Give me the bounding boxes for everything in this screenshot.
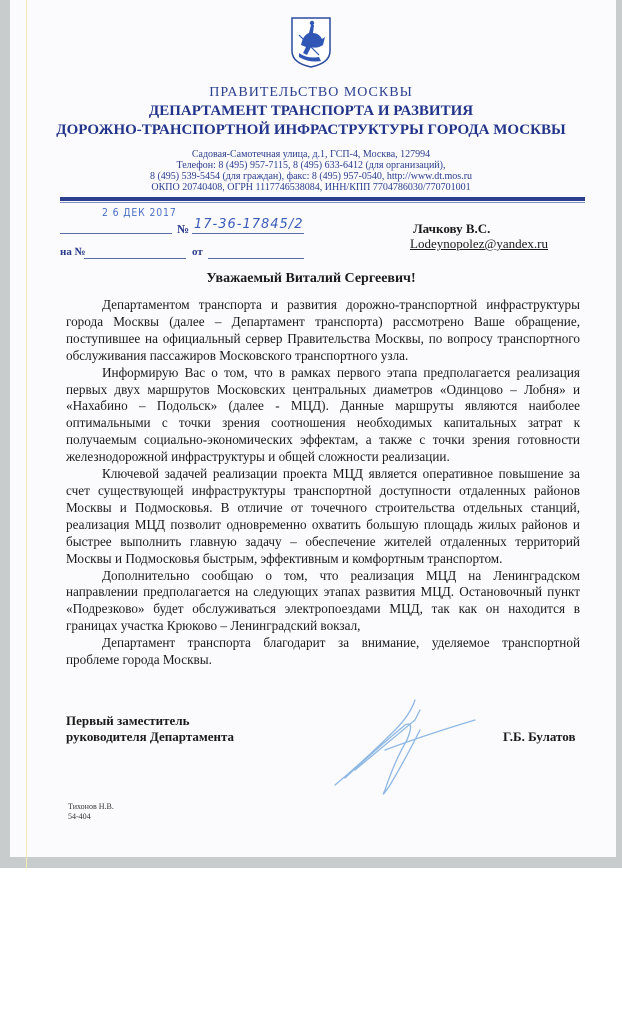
reply-to-number-line: [84, 258, 186, 259]
executor-phone: 54-404: [68, 812, 114, 822]
phone-line: Телефон: 8 (495) 957-7115, 8 (495) 633-6…: [0, 160, 622, 171]
signatory-name: Г.Б. Булатов: [503, 729, 575, 745]
paragraph-5: Департамент транспорта благодарит за вни…: [66, 635, 580, 669]
reply-to-date-label: от: [192, 246, 203, 258]
outgoing-number-handwritten: 17-36-17845/2: [194, 217, 303, 232]
reply-to-number-label: на №: [60, 246, 86, 258]
phone-fax-website-line: 8 (495) 539-5454 (для граждан), факс: 8 …: [0, 171, 622, 182]
signatory-title-line-1: Первый заместитель: [66, 713, 234, 729]
outgoing-number-line: [192, 233, 304, 234]
executor-block: Тихонов Н.В. 54-404: [68, 802, 114, 822]
reply-to-date-line: [208, 258, 304, 259]
recipient-block: Лачкову В.С. Lodeynopolez@yandex.ru: [410, 221, 548, 251]
letter-body: Департаментом транспорта и развития доро…: [66, 297, 580, 669]
header-divider: [60, 197, 585, 201]
paragraph-2: Информирую Вас о том, что в рамках перво…: [66, 365, 580, 466]
recipient-email: Lodeynopolez@yandex.ru: [410, 236, 548, 251]
paragraph-1: Департаментом транспорта и развития доро…: [66, 297, 580, 365]
department-line-2: ДОРОЖНО-ТРАНСПОРТНОЙ ИНФРАСТРУКТУРЫ ГОРО…: [0, 121, 622, 140]
paragraph-4: Дополнительно сообщаю о том, что реализа…: [66, 568, 580, 636]
address-line: Садовая-Самотечная улица, д.1, ГСП-4, Мо…: [0, 149, 622, 160]
recipient-name: Лачкову В.С.: [410, 221, 548, 236]
department-name: ДЕПАРТАМЕНТ ТРАНСПОРТА И РАЗВИТИЯ ДОРОЖН…: [0, 102, 622, 140]
moscow-coat-of-arms-icon: [289, 15, 333, 69]
department-line-1: ДЕПАРТАМЕНТ ТРАНСПОРТА И РАЗВИТИЯ: [0, 102, 622, 121]
signatory-title-line-2: руководителя Департамента: [66, 729, 234, 745]
paragraph-3: Ключевой задачей реализации проекта МЦД …: [66, 466, 580, 567]
contact-block: Садовая-Самотечная улица, д.1, ГСП-4, Мо…: [0, 149, 622, 193]
outgoing-date-line: [60, 233, 172, 234]
header-divider-thin: [60, 202, 585, 203]
registration-codes-line: ОКПО 20740408, ОГРН 1117746538084, ИНН/К…: [0, 182, 622, 193]
handwritten-signature-icon: [325, 690, 485, 800]
executor-name: Тихонов Н.В.: [68, 802, 114, 812]
outgoing-number-label: №: [177, 222, 189, 237]
date-stamp: 2 6 ДЕК 2017: [102, 206, 177, 219]
government-name: ПРАВИТЕЛЬСТВО МОСКВЫ: [0, 85, 622, 101]
greeting: Уважаемый Виталий Сергеевич!: [0, 271, 622, 287]
signatory-title: Первый заместитель руководителя Департам…: [66, 713, 234, 745]
